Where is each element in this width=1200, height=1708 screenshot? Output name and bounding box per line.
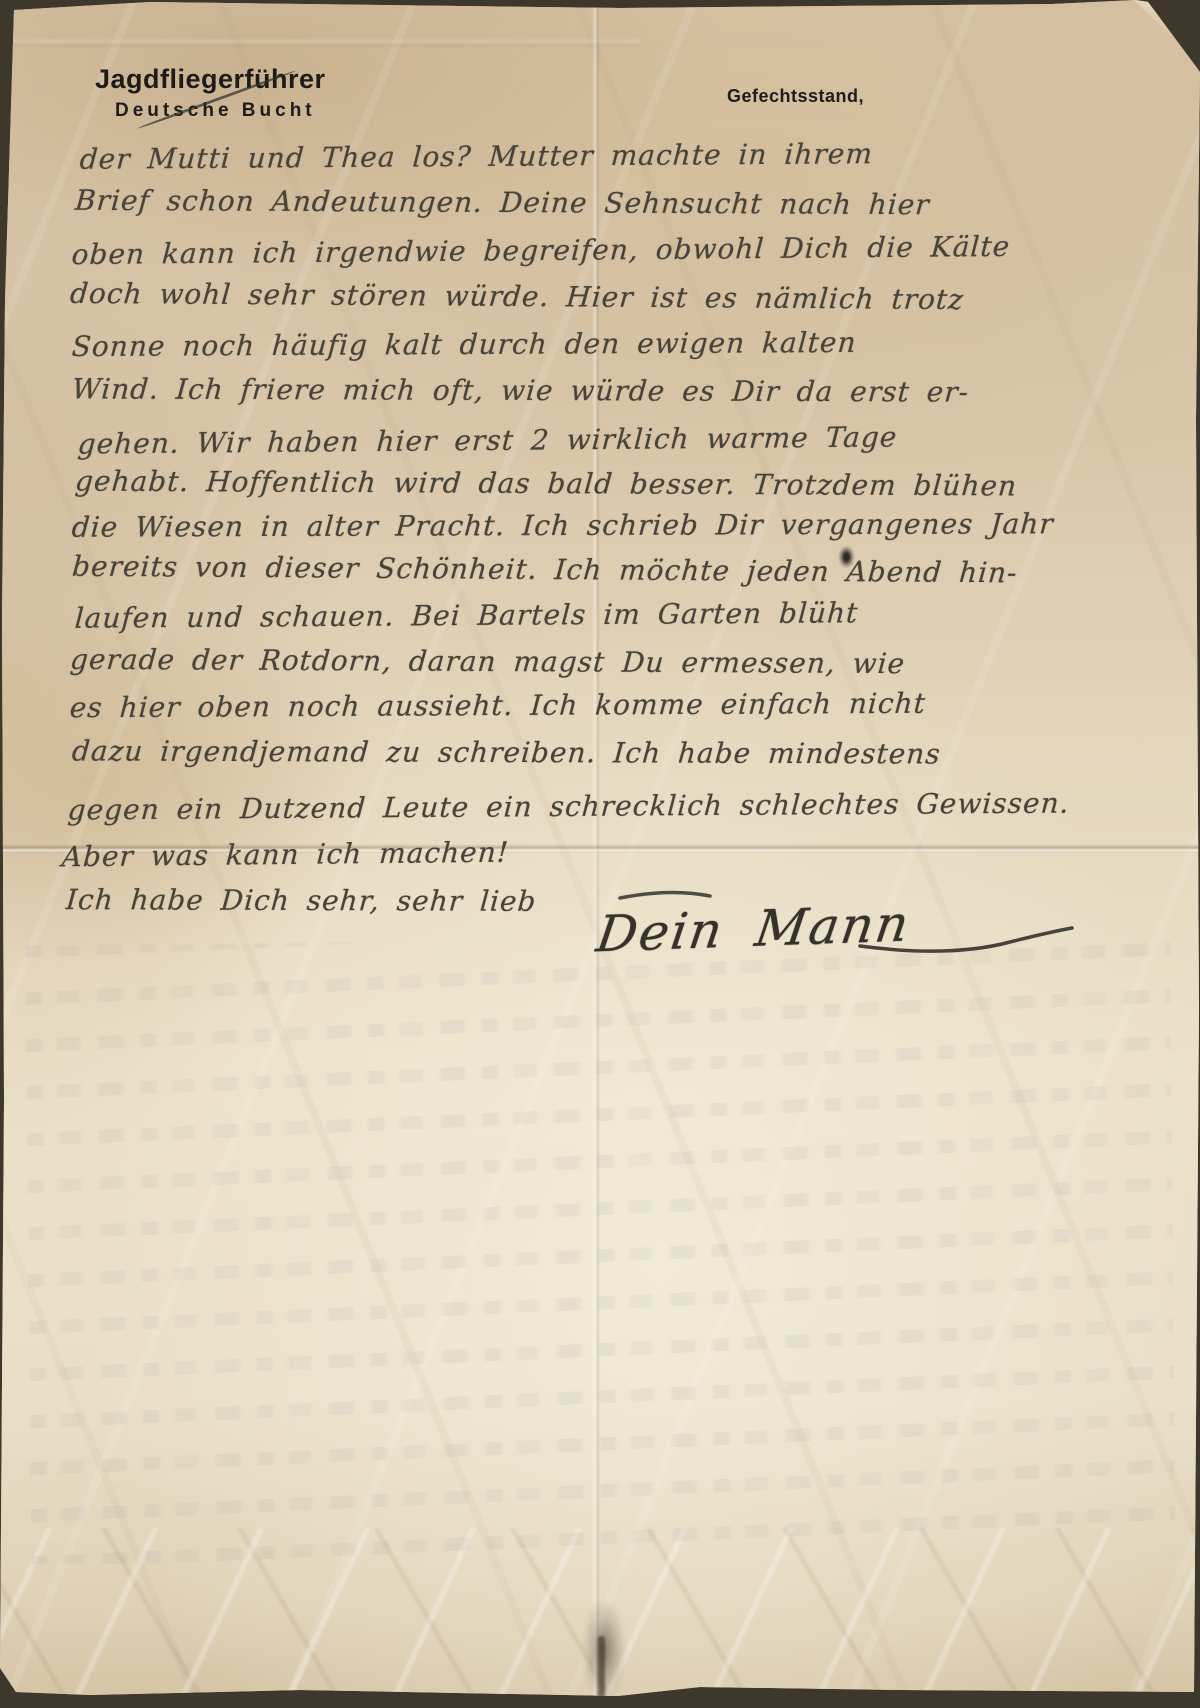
handwritten-line: der Mutti und Thea los? Mutter machte in… [79, 137, 874, 176]
fold-crease-top [0, 40, 640, 46]
handwritten-line: die Wiesen in alter Pracht. Ich schrieb … [71, 507, 1055, 543]
handwritten-line: Aber was kann ich machen! [61, 836, 510, 874]
folded-corner [1128, 0, 1200, 72]
handwritten-line: doch wohl sehr stören würde. Hier ist es… [69, 277, 965, 316]
signature: Dein Mann [593, 895, 914, 964]
crease-smudge [582, 1598, 626, 1702]
handwritten-line: Sonne noch häufig kalt durch den ewigen … [71, 326, 858, 363]
handwritten-line: oben kann ich irgendwie begreifen, obwoh… [71, 230, 1012, 271]
scan-background: { "letterhead": { "line1": "Jagdfliegerf… [0, 0, 1200, 1708]
letterhead-unit-name: Jagdfliegerführer [95, 64, 326, 95]
letterhead-gefechtsstand: Gefechtsstand, [727, 86, 864, 107]
handwritten-line: gehen. Wir haben hier erst 2 wirklich wa… [77, 420, 899, 460]
handwritten-line: gerade der Rotdorn, daran magst Du ermes… [69, 643, 907, 680]
letterhead-unit-location: Deutsche Bucht [115, 100, 326, 122]
handwritten-line: bereits von dieser Schönheit. Ich möchte… [71, 550, 1019, 590]
handwritten-line: dazu irgendjemand zu schreiben. Ich habe… [71, 734, 942, 770]
handwritten-line: Wind. Ich friere mich oft, wie würde es … [71, 372, 971, 408]
handwritten-line: es hier oben noch aussieht. Ich komme ei… [69, 687, 927, 724]
paper-wrinkles-bottom [0, 1528, 1200, 1700]
crease-smudge-line [598, 1636, 605, 1700]
ink-bleedthrough [25, 935, 1175, 1565]
handwritten-line: Brief schon Andeutungen. Deine Sehnsucht… [74, 184, 931, 221]
handwritten-line: Ich habe Dich sehr, sehr lieb [65, 883, 538, 918]
handwritten-line: gehabt. Hoffentlich wird das bald besser… [74, 465, 1018, 503]
handwritten-line: laufen und schauen. Bei Bartels im Garte… [74, 596, 860, 634]
handwritten-line: gegen ein Dutzend Leute ein schrecklich … [67, 787, 1071, 827]
letter-page: Jagdfliegerführer Deutsche Bucht Gefecht… [0, 0, 1200, 1708]
